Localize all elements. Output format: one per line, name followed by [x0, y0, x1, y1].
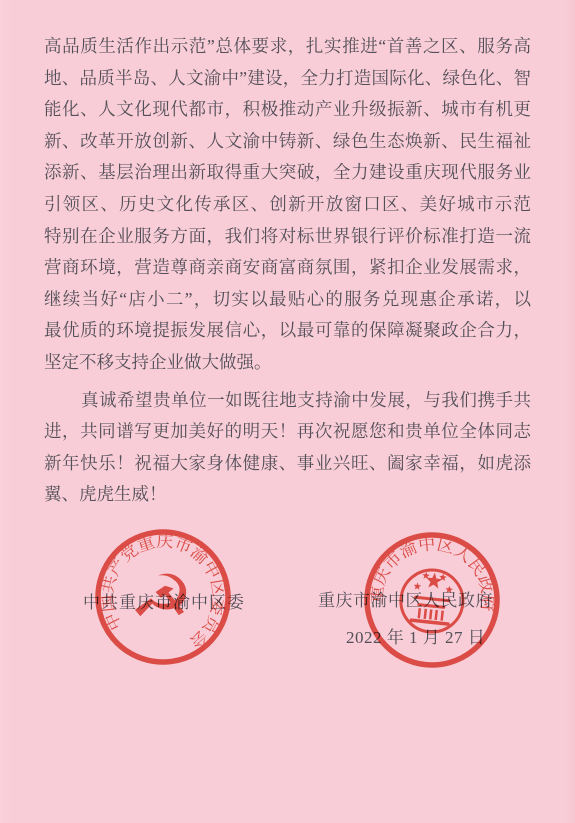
- paragraph-2: 真诚希望贵单位一如既往地支持渝中发展，与我们携手共 进，共同谱写更加美好的明天！…: [44, 385, 531, 511]
- body-line: 添新、基层治理出新取得重大突破，全力建设重庆现代服务业: [44, 157, 531, 189]
- body-line: 特别在企业服务方面，我们将对标世界银行评价标准打造一流: [44, 221, 531, 253]
- body-line: 能化、人文化现代都市，积极推动产业升级振新、城市有机更: [44, 94, 531, 126]
- seal-ring-text: 中国共产党重庆市渝中区委员会: [88, 518, 242, 660]
- body-line: 坚定不移支持企业做大做强。: [44, 347, 531, 379]
- body-line: 翼、虎虎生威！: [44, 479, 531, 511]
- body-line: 进，共同谱写更加美好的明天！再次祝愿您和贵单位全体同志: [44, 416, 531, 448]
- signature-date: 2022 年 1 月 27 日: [346, 627, 485, 649]
- body-line: 营商环境，营造尊商亲商安商富商氛围，紧扣企业发展需求，: [44, 252, 531, 284]
- letter-body: 高品质生活作出示范”总体要求，扎实推进“首善之区、服务高 地、品质半岛、人文渝中…: [44, 31, 531, 511]
- body-line: 引领区、历史文化传承区、创新开放窗口区、美好城市示范区。: [44, 189, 531, 221]
- body-line: 新、改革开放创新、人文渝中铸新、绿色生态焕新、民生福祉: [44, 126, 531, 158]
- signature-right-org: 重庆市渝中区人民政府: [318, 590, 493, 612]
- body-line: 最优质的环境提振发展信心，以最可靠的保障凝聚政企合力，: [44, 315, 531, 347]
- letter-page: 高品质生活作出示范”总体要求，扎实推进“首善之区、服务高 地、品质半岛、人文渝中…: [0, 0, 575, 823]
- paragraph-1: 高品质生活作出示范”总体要求，扎实推进“首善之区、服务高 地、品质半岛、人文渝中…: [44, 31, 531, 379]
- body-line: 地、品质半岛、人文渝中”建设，全力打造国际化、绿色化、智: [44, 63, 531, 95]
- body-line: 真诚希望贵单位一如既往地支持渝中发展，与我们携手共: [44, 385, 531, 417]
- body-line: 高品质生活作出示范”总体要求，扎实推进“首善之区、服务高: [44, 31, 531, 63]
- body-line: 新年快乐！祝福大家身体健康、事业兴旺、阖家幸福，如虎添: [44, 448, 531, 480]
- body-line: 继续当好“店小二”，切实以最贴心的服务兑现惠企承诺，以: [44, 284, 531, 316]
- signature-left-org: 中共重庆市渝中区委: [83, 592, 245, 614]
